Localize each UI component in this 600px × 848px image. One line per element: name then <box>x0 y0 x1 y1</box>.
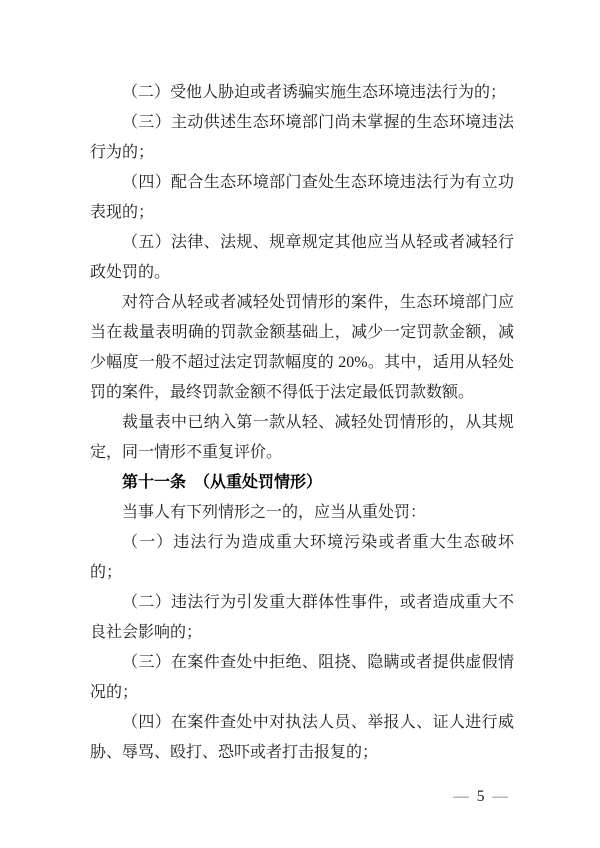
article-11-heading: 第十一条 （从重处罚情形） <box>90 468 514 498</box>
document-page: （二）受他人胁迫或者诱骗实施生态环境违法行为的； （三）主动供述生态环境部门尚未… <box>0 0 600 848</box>
clause-item-heavier-4: （四）在案件查处中对执法人员、举报人、证人进行威胁、辱骂、殴打、恐吓或者打击报复… <box>90 708 514 768</box>
footer-dash-left: — <box>453 788 469 805</box>
page-footer: —5— <box>453 785 508 809</box>
clause-item-heavier-3: （三）在案件查处中拒绝、阻挠、隐瞒或者提供虚假情况的； <box>90 648 514 708</box>
clause-item-heavier-2: （二）违法行为引发重大群体性事件，或者造成重大不良社会影响的； <box>90 588 514 648</box>
paragraph-no-duplicate-evaluation: 裁量表中已纳入第一款从轻、减轻处罚情形的，从其规定，同一情形不重复评价。 <box>90 408 514 468</box>
paragraph-fine-reduction: 对符合从轻或者减轻处罚情形的案件，生态环境部门应当在裁量表明确的罚款金额基础上，… <box>90 288 514 408</box>
clause-item-lenient-4: （四）配合生态环境部门查处生态环境违法行为有立功表现的； <box>90 168 514 228</box>
footer-dash-right: — <box>493 788 509 805</box>
clause-item-lenient-5: （五）法律、法规、规章规定其他应当从轻或者减轻行政处罚的。 <box>90 228 514 288</box>
paragraph-heavier-penalty-intro: 当事人有下列情形之一的，应当从重处罚： <box>90 498 514 528</box>
clause-item-heavier-1: （一）违法行为造成重大环境污染或者重大生态破坏的； <box>90 528 514 588</box>
page-number: 5 <box>477 788 485 805</box>
document-body: （二）受他人胁迫或者诱骗实施生态环境违法行为的； （三）主动供述生态环境部门尚未… <box>90 78 514 768</box>
clause-item-lenient-3: （三）主动供述生态环境部门尚未掌握的生态环境违法行为的； <box>90 108 514 168</box>
clause-item-lenient-2: （二）受他人胁迫或者诱骗实施生态环境违法行为的； <box>90 78 514 108</box>
